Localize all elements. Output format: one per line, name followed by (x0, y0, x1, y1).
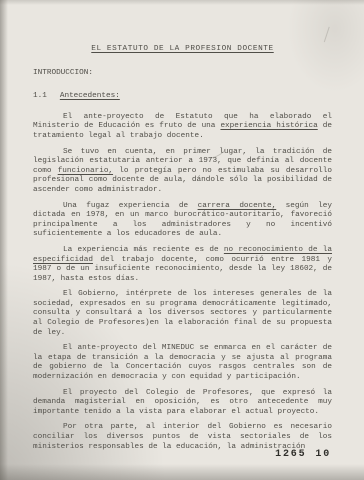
paragraph-antecedentes-1: El ante-proyecto de Estatuto que ha elab… (33, 113, 332, 142)
paragraph-antecedentes-2: Se tuvo en cuenta, en primer lugar, la t… (33, 148, 332, 196)
paragraph-antecedentes-6: El ante-proyecto del MINEDUC se enmarca … (33, 344, 332, 382)
paragraph-antecedentes-8: Por otra parte, al interior del Gobierno… (33, 423, 332, 452)
section-number: 1.1 (33, 92, 47, 102)
paragraph-antecedentes-7: El proyecto del Colegio de Profesores, q… (33, 389, 332, 418)
text-segment: El Gobierno, intérprete de los intereses… (33, 290, 332, 336)
stamp-number: 1265 (275, 449, 306, 460)
paragraph-antecedentes-5: El Gobierno, intérprete de los intereses… (33, 290, 332, 338)
text-segment: El proyecto del Colegio de Profesores, q… (33, 389, 332, 416)
scanned-document-page: EL ESTATUTO DE LA PROFESION DOCENTE INTR… (0, 0, 364, 480)
paragraph-antecedentes-4: La experiencia más reciente es de no rec… (33, 246, 332, 284)
text-segment-underlined: carrera docente, (198, 202, 277, 210)
section-heading: 1.1Antecedentes: (33, 92, 332, 102)
text-segment: El ante-proyecto del MINEDUC se enmarca … (33, 344, 332, 381)
archive-page-stamp: 126510 (275, 450, 331, 460)
paragraph-antecedentes-3: Una fugaz experiencia de carrera docente… (33, 202, 332, 240)
text-segment: La experiencia más reciente es de (63, 246, 224, 254)
introduction-heading: INTRODUCCION: (33, 69, 332, 79)
text-segment: Por otra parte, al interior del Gobierno… (33, 423, 332, 450)
section-title: Antecedentes: (60, 92, 120, 100)
text-segment-underlined: funcionario, (58, 167, 113, 175)
stamp-page-number: 10 (315, 449, 331, 460)
text-segment: Una fugaz experiencia de (63, 202, 198, 210)
text-segment-underlined: experiencia histórica (220, 122, 317, 130)
document-title: EL ESTATUTO DE LA PROFESION DOCENTE (33, 45, 332, 55)
